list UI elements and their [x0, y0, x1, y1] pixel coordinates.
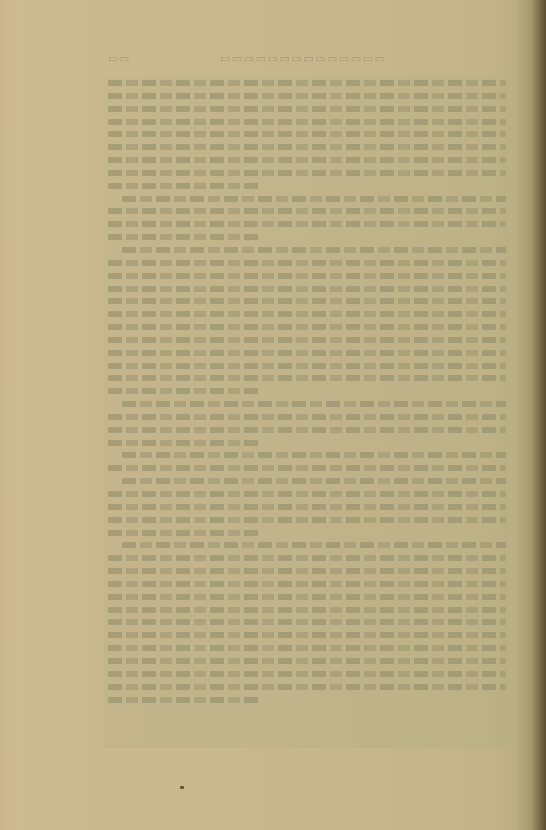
- text-line: [108, 208, 506, 214]
- text-line: [108, 221, 506, 227]
- text-line: [108, 144, 506, 150]
- text-line: [108, 260, 506, 266]
- text-line: [122, 452, 506, 458]
- text-line: [108, 568, 506, 574]
- text-line: [108, 363, 506, 369]
- text-line: [122, 401, 506, 407]
- text-line: [108, 619, 506, 625]
- text-line: [108, 80, 506, 86]
- text-line: [108, 581, 506, 587]
- text-line: [108, 504, 506, 510]
- paragraph: [108, 80, 506, 189]
- text-line: [108, 632, 506, 638]
- text-line: [108, 93, 506, 99]
- text-line: [108, 311, 506, 317]
- paragraph: [108, 401, 506, 446]
- text-line: [122, 247, 506, 253]
- text-line: [108, 658, 506, 664]
- text-line: [108, 697, 259, 703]
- text-line: [108, 684, 506, 690]
- text-line: [108, 273, 506, 279]
- text-line: [108, 119, 506, 125]
- text-line: [108, 286, 506, 292]
- text-line: [108, 157, 506, 163]
- text-line: [108, 427, 506, 433]
- text-line: [108, 183, 259, 189]
- text-line: [108, 337, 506, 343]
- text-line: [108, 440, 259, 446]
- paragraph: [108, 478, 506, 535]
- text-line: [122, 542, 506, 548]
- running-title-glyph: ▭▭▭▭▭▭▭▭▭▭▭▭▭▭: [220, 52, 387, 65]
- text-line: [122, 196, 506, 202]
- paragraph: [108, 452, 506, 471]
- text-line: [122, 478, 506, 484]
- text-line: [108, 324, 506, 330]
- body-text: [108, 80, 506, 709]
- text-line: [108, 594, 506, 600]
- text-line: [108, 671, 506, 677]
- footer-mark: [180, 786, 184, 789]
- text-line: [108, 388, 259, 394]
- text-line: [108, 106, 506, 112]
- text-line: [108, 350, 506, 356]
- page-number-glyph: ▭▭: [108, 52, 130, 65]
- text-line: [108, 517, 506, 523]
- text-line: [108, 607, 506, 613]
- paragraph: [108, 247, 506, 394]
- text-line: [108, 465, 506, 471]
- paragraph: [108, 542, 506, 702]
- text-line: [108, 375, 506, 381]
- text-line: [108, 298, 506, 304]
- text-line: [108, 234, 259, 240]
- legibility-note: illegible — text is too faded/low-resolu…: [0, 0, 1, 1]
- text-line: [108, 645, 506, 651]
- text-line: [108, 170, 506, 176]
- text-line: [108, 131, 506, 137]
- page-header: [illegible] ▭▭ [illegible] ▭▭▭▭▭▭▭▭▭▭▭▭▭…: [108, 52, 508, 68]
- paragraph: [108, 196, 506, 241]
- spine-shadow: [532, 0, 546, 830]
- book-page: [illegible] ▭▭ [illegible] ▭▭▭▭▭▭▭▭▭▭▭▭▭…: [0, 0, 546, 830]
- text-line: [108, 414, 506, 420]
- text-line: [108, 555, 506, 561]
- text-line: [108, 530, 259, 536]
- text-line: [108, 491, 506, 497]
